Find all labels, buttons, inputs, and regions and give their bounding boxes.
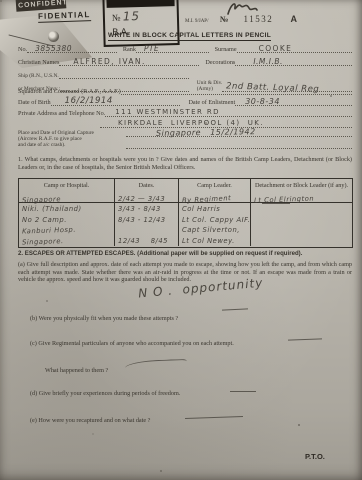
pencil-underline-mark [262,203,290,204]
capture-value: Singapore 15/2/1942 [156,128,256,137]
decorations-field: I.M.I.B. [235,57,352,66]
camps-table-handwriting: Singapore 2/42 — 3/43 By Regiment Lt Col… [18,194,351,246]
ship-field-line1 [59,70,189,79]
block-leader-entry [250,225,351,235]
leader-entry: Capt Silverton, [178,225,250,235]
decorations-value: I.M.I.B. [253,58,283,65]
camp-entry: Niki. (Thailand) [18,204,114,214]
dates-entry: 2/42 — 3/43 [114,194,178,204]
date-of-birth-label: Date of Birth [18,99,51,106]
block-leader-entry [250,236,351,246]
serial-suffix: A [290,14,297,24]
question-what-happened-text: What happened to them ? [45,367,325,375]
capture-field-line1: Singapore 15/2/1942 [126,127,352,137]
squadron-label: Squadron and Command (R.A.F., A.A.F.) [18,88,121,95]
address-value-line1: 111 WESTMINSTER RD [115,109,220,116]
dates-entry: 8/43 - 12/43 [114,215,178,225]
capture-field-line2 [126,139,352,149]
date-of-birth-value: 16/2/1914 [65,98,113,105]
numero-sign: № [112,13,121,23]
paper-speckles [0,0,2,2]
eyelet-fastener [48,31,59,42]
enlistment-value: 30-8-34 [245,98,280,105]
no-label: No. [18,46,27,53]
leader-entry: Lt Col Newey. [178,236,250,246]
no-value: 3855380 [35,45,72,52]
dates-entry: 3/43 - 8/43 [114,204,178,214]
form-row-number-rank-surname: No. 3855380 Rank PTE Surname COOKE [18,44,352,53]
form-row-address: Private Address and Telephone No. 111 WE… [18,108,352,117]
mi9-ref-label: M.I. 9/JAP/ [185,19,208,24]
surname-label: Surname [215,46,237,53]
question-2e-text: (e) How were you recaptured and on what … [30,417,330,425]
box-number: № 15 [112,9,140,24]
squadron-field [121,86,352,95]
rank-label: Rank [123,46,136,53]
numero-sign: № [220,14,229,24]
rank-field: PTE [136,44,209,53]
block-capitals-instruction: WRITE IN BLOCK CAPITAL LETTERS IN PENCIL [108,32,271,41]
section-2-title: 2. ESCAPES OR ATTEMPTED ESCAPES. (Additi… [18,250,352,258]
rank-value: PTE [144,45,159,52]
form-row-capture: Place and Date of Original Capture (Airc… [18,127,352,149]
scanned-pow-questionnaire-page: CONFIDENTIAL FIDENTIAL № 15 B.A. M.I. 9/… [0,0,362,480]
address-value-line2: KIRKDALE LIVERPOOL (4) UK. [118,120,264,127]
question-1-text: 1. What camps, detachments or hospitals … [18,156,352,171]
confidential-stamp-top: CONFIDENTIAL [16,0,67,12]
capture-label: Place and Date of Original Capture (Airc… [18,127,126,149]
capture-field-group: Singapore 15/2/1942 [126,127,352,149]
address-label: Private Address and Telephone No. [18,110,105,117]
leader-entry: Col Harris [178,204,250,214]
form-row-birth-enlistment: Date of Birth 16/2/1914 Date of Enlistme… [18,97,352,106]
dates-entry [114,225,178,235]
pencil-dash-mark [222,308,248,310]
dates-entry: 12/43 8/45 [114,236,178,246]
serial-number: 11532 [244,14,274,24]
block-leader-entry [250,215,351,225]
ship-label-line1: Ship (R.N., U.S.N. [18,73,59,79]
form-row-names-decorations: Christian Names ALFRED, IVAN. Decoration… [18,57,352,66]
mi9-serial-line: M.I. 9/JAP/ № 11532 A [185,14,297,24]
stamp-black-bar [106,0,174,8]
christian-names-field: ALFRED, IVAN. [59,57,199,66]
question-2a-text: (a) Give full description and approx. da… [18,261,352,284]
enlistment-label: Date of Enlistment [188,99,235,106]
block-leader-entry [250,204,351,214]
question-2b-text: (b) Were you physically fit when you mad… [30,315,330,323]
box-number-value: 15 [123,9,141,23]
surname-field: COOKE [237,44,352,53]
leader-entry: Lt Col. Cappy AIF. [178,215,250,225]
christian-names-label: Christian Names [18,59,59,66]
no-field: 3855380 [27,44,117,53]
address-field-line1: 111 WESTMINSTER RD [105,108,352,117]
christian-names-value: ALFRED, IVAN. [73,58,145,65]
form-row-squadron: Squadron and Command (R.A.F., A.A.F.) [18,86,352,95]
question-2d-text: (d) Give briefly your experiences during… [30,390,330,398]
enlistment-field: 30-8-34 [235,97,352,106]
question-2c-text: (c) Give Regimental particulars of anyon… [30,340,330,348]
pto-label: P.T.O. [305,452,325,461]
decorations-label: Decorations [205,59,235,66]
date-of-birth-field: 16/2/1914 [51,97,181,106]
capture-label-line3: and date of a/c crash). [18,142,126,148]
confidential-stamp: FIDENTIAL [38,10,91,23]
pencil-dash-mark [230,391,256,392]
surname-value: COOKE [259,45,293,52]
